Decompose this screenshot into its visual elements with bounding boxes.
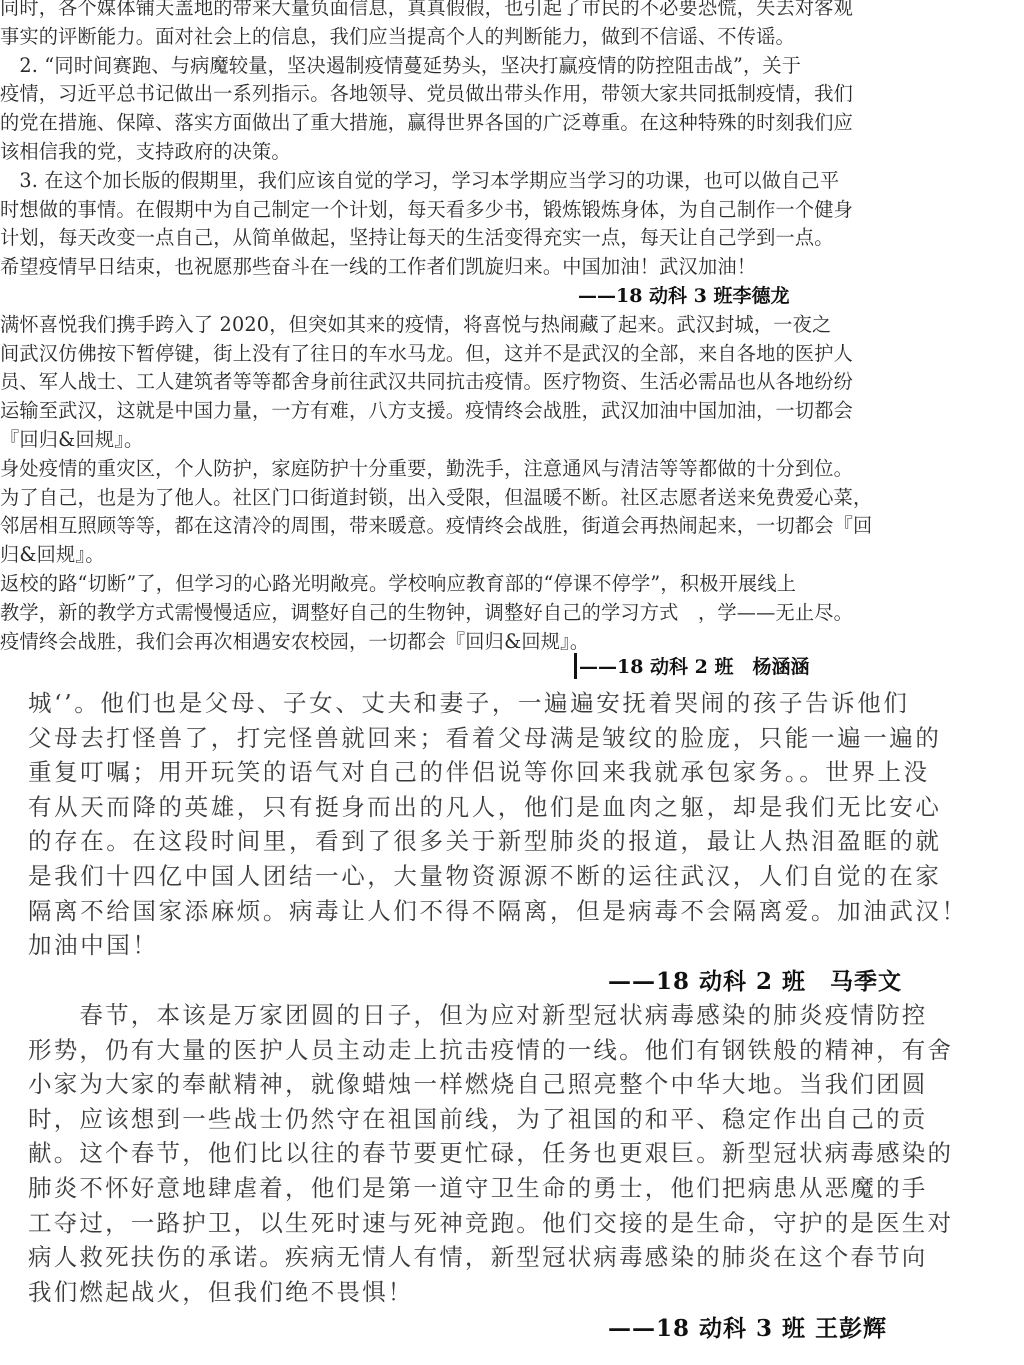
text-cursor-bar (574, 653, 577, 679)
text-line: 时，应该想到一些战士仍然守在祖国前线，为了祖国的和平、稳定作出自己的贡 (28, 1102, 988, 1137)
text-line: 病人救死扶伤的承诺。疾病无情人有情，新型冠状病毒感染的肺炎在这个春节向 (28, 1240, 988, 1275)
text-line: 希望疫情早日结束，也祝愿那些奋斗在一线的工作者们凯旋归来。中国加油！武汉加油！ (0, 253, 1010, 282)
text-line: 城‘’。他们也是父母、子女、丈夫和妻子，一遍遍安抚着哭闹的孩子告诉他们 (28, 686, 988, 721)
text-line: 计划，每天改变一点自己，从简单做起，坚持让每天的生活变得充实一点，每天让自己学到… (0, 224, 1010, 253)
text-line: 有从天而降的英雄，只有挺身而出的凡人，他们是血肉之躯，却是我们无比安心 (28, 790, 988, 825)
text-line: 是我们十四亿中国人团结一心，大量物资源源不断的运往武汉，人们自觉的在家 (28, 859, 988, 894)
text-line: 隔离不给国家添麻烦。病毒让人们不得不隔离，但是病毒不会隔离爱。加油武汉！ (28, 894, 988, 929)
text-line: 加油中国！ (28, 928, 988, 963)
essay-1-and-2-body: 同时，各个媒体铺天盖地的带来大量负面信息，真真假假，也引起了市民的不必要恐慌，失… (0, 0, 1010, 656)
text-line: 为了自己，也是为了他人。社区门口街道封锁，出入受限，但温暖不断。社区志愿者送来免… (0, 484, 1010, 513)
text-line: 2. “同时间赛跑、与病魔较量，坚决遏制疫情蔓延势头，坚决打赢疫情的防控阻击战”… (0, 52, 1010, 81)
text-line: 献。这个春节，他们比以往的春节要更忙碌，任务也更艰巨。新型冠状病毒感染的 (28, 1136, 988, 1171)
essay-2-signature: ——18 动科 2 班 杨涵涵 (574, 652, 810, 679)
text-line: 疫情，习近平总书记做出一系列指示。各地领导、党员做出带头作用，带领大家共同抵制疫… (0, 80, 1010, 109)
essay-2-signature-text: ——18 动科 2 班 杨涵涵 (579, 656, 810, 678)
text-line: 肺炎不怀好意地肆虐着，他们是第一道守卫生命的勇士，他们把病患从恶魔的手 (28, 1171, 988, 1206)
text-line: 事实的评断能力。面对社会上的信息，我们应当提高个人的判断能力，做到不信谣、不传谣… (0, 23, 1010, 52)
text-line: 该相信我的党，支持政府的决策。 (0, 138, 1010, 167)
text-line: 小家为大家的奉献精神，就像蜡烛一样燃烧自己照亮整个中华大地。当我们团圆 (28, 1067, 988, 1102)
text-line: 员、军人战士、工人建筑者等等都舍身前往武汉共同抗击疫情。医疗物资、生活必需品也从… (0, 368, 1010, 397)
text-line: 我们燃起战火，但我们绝不畏惧！ (28, 1275, 988, 1310)
essay-1-signature: ——18 动科 3 班李德龙 (578, 281, 790, 308)
text-line: 的党在措施、保障、落实方面做出了重大措施，赢得世界各国的广泛尊重。在这种特殊的时… (0, 109, 1010, 138)
text-line: 返校的路“切断”了，但学习的心路光明敞亮。学校响应教育部的“停课不停学”，积极开… (0, 570, 1010, 599)
text-line: 归&回规』。 (0, 541, 1010, 570)
text-line: 同时，各个媒体铺天盖地的带来大量负面信息，真真假假，也引起了市民的不必要恐慌，失… (0, 0, 1010, 23)
text-line: 工夺过，一路护卫，以生死时速与死神竞跑。他们交接的是生命，守护的是医生对 (28, 1206, 988, 1241)
text-line: 重复叮嘱；用开玩笑的语气对自己的伴侣说等你回来我就承包家务。。世界上没 (28, 755, 988, 790)
text-line: 父母去打怪兽了，打完怪兽就回来；看着父母满是皱纹的脸庞，只能一遍一遍的 (28, 721, 988, 756)
text-line: 时想做的事情。在假期中为自己制定一个计划，每天看多少书，锻炼锻炼身体，为自己制作… (0, 196, 1010, 225)
signature-spacer (0, 282, 1010, 311)
text-line: 间武汉仿佛按下暂停键，街上没有了往日的车水马龙。但，这并不是武汉的全部，来自各地… (0, 340, 1010, 369)
text-line: 形势，仍有大量的医护人员主动走上抗击疫情的一线。他们有钢铁般的精神，有舍 (28, 1033, 988, 1068)
text-line: 『回归&回规』。 (0, 426, 1010, 455)
text-line: 教学，新的教学方式需慢慢适应，调整好自己的生物钟，调整好自己的学习方式 ，学——… (0, 599, 1010, 628)
text-line: 邻居相互照顾等等，都在这清冷的周围，带来暖意。疫情终会战胜，街道会再热闹起来，一… (0, 512, 1010, 541)
essay-3-body: 城‘’。他们也是父母、子女、丈夫和妻子，一遍遍安抚着哭闹的孩子告诉他们 父母去打… (28, 686, 988, 963)
text-line: 运输至武汉，这就是中国力量，一方有难，八方支援。疫情终会战胜，武汉加油中国加油，… (0, 397, 1010, 426)
text-line: 的存在。在这段时间里，看到了很多关于新型肺炎的报道，最让人热泪盈眶的就 (28, 824, 988, 859)
text-line: 3. 在这个加长版的假期里，我们应该自觉的学习，学习本学期应当学习的功课，也可以… (0, 167, 1010, 196)
essay-4-signature: ——18 动科 3 班 王彭辉 (608, 1310, 887, 1343)
essay-4-body: 春节，本该是万家团圆的日子，但为应对新型冠状病毒感染的肺炎疫情防控 形势，仍有大… (28, 998, 988, 1309)
text-line: 春节，本该是万家团圆的日子，但为应对新型冠状病毒感染的肺炎疫情防控 (28, 998, 988, 1033)
text-line: 身处疫情的重灾区，个人防护，家庭防护十分重要，勤洗手，注意通风与清洁等等都做的十… (0, 455, 1010, 484)
essay-3-signature: ——18 动科 2 班 马季文 (608, 963, 902, 996)
text-line: 满怀喜悦我们携手跨入了 2020，但突如其来的疫情，将喜悦与热闹藏了起来。武汉封… (0, 311, 1010, 340)
text-line: 疫情终会战胜，我们会再次相遇安农校园，一切都会『回归&回规』。 (0, 628, 1010, 657)
